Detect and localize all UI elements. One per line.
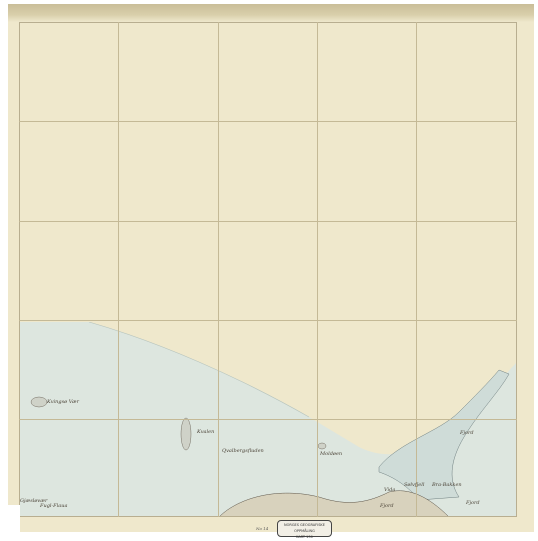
grid-line-v3	[317, 22, 318, 517]
label-island-west: Kvingsø Vær	[47, 399, 79, 405]
label-shoal-center: Qvalbergsfluden	[222, 448, 264, 454]
label-islet-east: Moldøen	[320, 451, 342, 457]
grid-line-h1	[19, 121, 517, 122]
paper-stain	[8, 4, 534, 22]
label-fjord-upper: Fjord	[460, 430, 474, 436]
map-frame	[19, 22, 517, 517]
grid-line-v1	[118, 22, 119, 517]
label-corner-2: Fugl-Flaua	[40, 503, 67, 509]
label-island-center: Kvalen	[197, 429, 214, 435]
label-fjord-mouth: Sølvfjell	[404, 482, 424, 488]
label-fjord-right: Bra-Bakken	[432, 482, 462, 488]
grid-line-v2	[218, 22, 219, 517]
grid-line-v4	[416, 22, 417, 517]
label-fjord-lower-right: Fjord	[466, 500, 480, 506]
label-fjord-left-2: Fjord	[380, 503, 394, 509]
grid-line-h3	[19, 320, 517, 321]
stamp-line-1: NORGES GEOGRAFISKE OPPMÅLING	[278, 522, 331, 534]
grid-line-h2	[19, 221, 517, 222]
archive-stamp: NORGES GEOGRAFISKE OPPMÅLING KART 130	[277, 520, 332, 537]
torn-edge	[8, 505, 20, 541]
grid-line-h4	[19, 419, 517, 420]
label-fjord-left-1: Vida	[384, 487, 395, 493]
stamp-line-2: KART 130	[278, 534, 331, 540]
sheet-number: No 14	[256, 526, 268, 531]
